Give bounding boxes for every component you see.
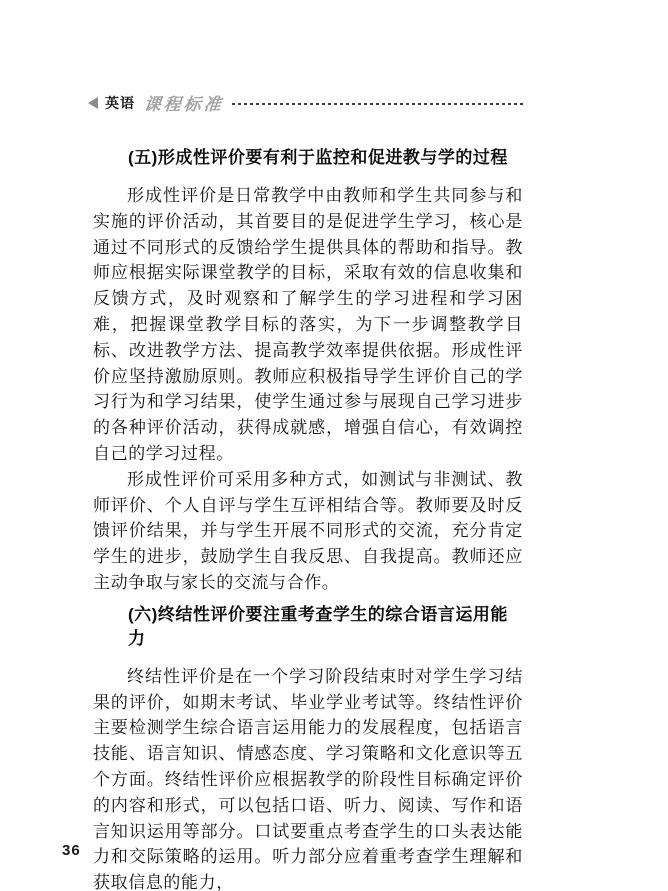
header-series-title: 课程标准 — [143, 90, 226, 115]
page-content: (五)形成性评价要有利于监控和促进教与学的过程 形成性评价是日常教学中由教师和学… — [93, 146, 523, 891]
running-header: 英语 课程标准 — [88, 90, 524, 115]
left-triangle-icon — [88, 97, 98, 109]
section-6-paragraph-1: 终结性评价是在一个学习阶段结束时对学生学习结果的评价，如期末考试、毕业学业考试等… — [93, 664, 523, 891]
section-6-heading: (六)终结性评价要注重考查学生的综合语言运用能力 — [128, 603, 523, 651]
header-dotted-rule — [232, 103, 524, 105]
book-page: 英语 课程标准 (五)形成性评价要有利于监控和促进教与学的过程 形成性评价是日常… — [0, 0, 668, 891]
section-5-paragraph-1: 形成性评价是日常教学中由教师和学生共同参与和实施的评价活动，其首要目的是促进学生… — [93, 183, 523, 467]
page-number: 36 — [62, 842, 81, 859]
section-5-heading: (五)形成性评价要有利于监控和促进教与学的过程 — [128, 146, 523, 170]
section-5-paragraph-2: 形成性评价可采用多种方式，如测试与非测试、教师评价、个人自评与学生互评相结合等。… — [93, 467, 523, 596]
header-subject-label: 英语 — [105, 93, 135, 113]
